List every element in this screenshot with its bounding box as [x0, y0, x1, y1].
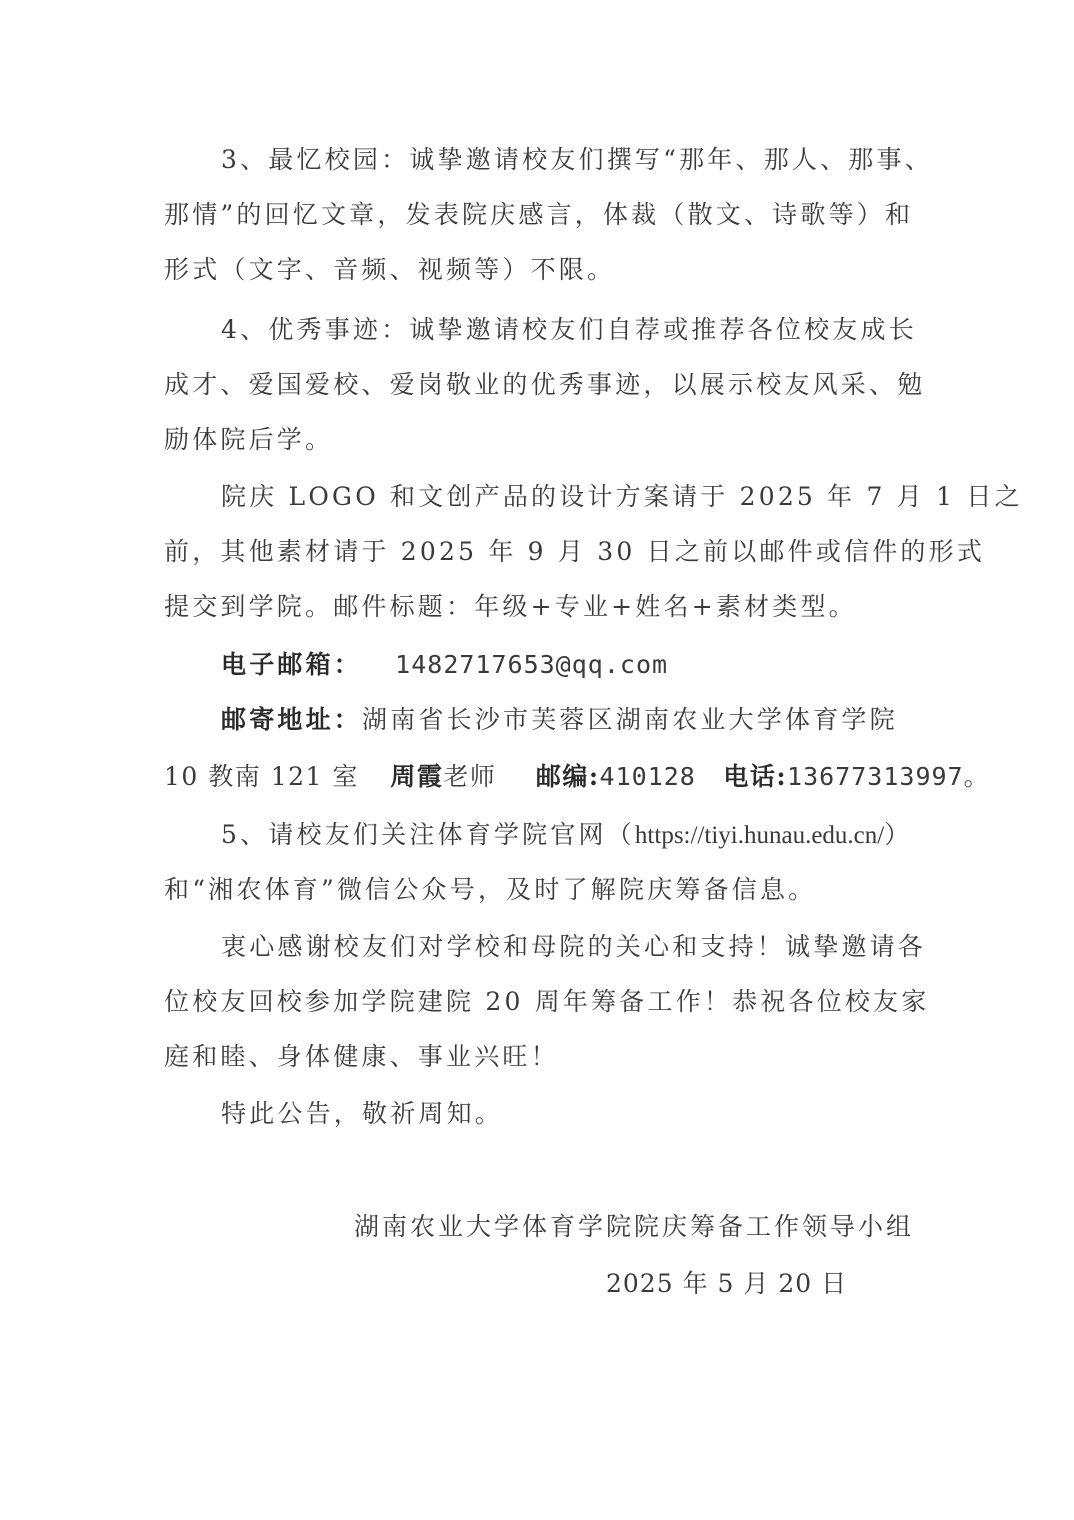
section3-line3: 形式（文字、音频、视频等）不限。	[164, 253, 924, 287]
email-link[interactable]: 1482717653@qq.com	[395, 650, 668, 679]
section5-close: ）	[884, 820, 912, 849]
deadline-line3: 提交到学院。邮件标题：年级+专业+姓名+素材类型。	[164, 590, 924, 624]
closing-line: 特此公告，敬祈周知。	[221, 1097, 981, 1131]
address-line2-row: 10 教南 121 室 周霞老师 邮编:410128 电话:1367731399…	[164, 760, 924, 794]
postcode-label: 邮编:	[536, 762, 600, 791]
thanks-line1: 衷心感谢校友们对学校和母院的关心和支持！诚挚邀请各	[221, 930, 981, 964]
address-line1: 湖南省长沙市芙蓉区湖南农业大学体育学院	[362, 705, 898, 734]
website-link[interactable]: https://tiyi.hunau.edu.cn/	[635, 822, 884, 849]
teacher-title: 老师	[443, 762, 496, 791]
section5-line2: 和“湘农体育”微信公众号，及时了解院庆筹备信息。	[164, 873, 924, 907]
phone-value: 13677313997。	[787, 762, 990, 791]
thanks-line2: 位校友回校参加学院建院 20 周年筹备工作！恭祝各位校友家	[164, 985, 924, 1019]
email-row: 电子邮箱： 1482717653@qq.com	[221, 648, 981, 682]
thanks-line3: 庭和睦、身体健康、事业兴旺！	[164, 1040, 924, 1074]
phone-label: 电话:	[723, 762, 787, 791]
section3-line1: 3、最忆校园：诚挚邀请校友们撰写“那年、那人、那事、	[221, 143, 981, 177]
section5-text: 5、请校友们关注体育学院官网（	[221, 820, 635, 849]
signature-date: 2025 年 5 月 20 日	[606, 1267, 847, 1301]
section3-line2: 那情”的回忆文章，发表院庆感言，体裁（散文、诗歌等）和	[164, 198, 924, 232]
address-label: 邮寄地址：	[221, 705, 362, 734]
section4-line2: 成才、爱国爱校、爱岗敬业的优秀事迹，以展示校友风采、勉	[164, 368, 924, 402]
deadline-line1: 院庆 LOGO 和文创产品的设计方案请于 2025 年 7 月 1 日之	[221, 480, 981, 514]
address-row: 邮寄地址：湖南省长沙市芙蓉区湖南农业大学体育学院	[221, 703, 981, 737]
section5-line1: 5、请校友们关注体育学院官网（https://tiyi.hunau.edu.cn…	[221, 818, 981, 853]
deadline-line2: 前，其他素材请于 2025 年 9 月 30 日之前以邮件或信件的形式	[164, 535, 924, 569]
document-page: 3、最忆校园：诚挚邀请校友们撰写“那年、那人、那事、 那情”的回忆文章，发表院庆…	[0, 0, 1074, 1520]
postcode-value: 410128	[600, 762, 696, 791]
section4-line3: 励体院后学。	[164, 423, 924, 457]
address-room: 10 教南 121 室	[164, 762, 359, 791]
section4-line1: 4、优秀事迹：诚挚邀请校友们自荐或推荐各位校友成长	[221, 313, 981, 347]
teacher-name: 周霞	[390, 762, 443, 791]
signature-organization: 湖南农业大学体育学院院庆筹备工作领导小组	[354, 1210, 914, 1244]
email-label: 电子邮箱：	[221, 650, 362, 679]
